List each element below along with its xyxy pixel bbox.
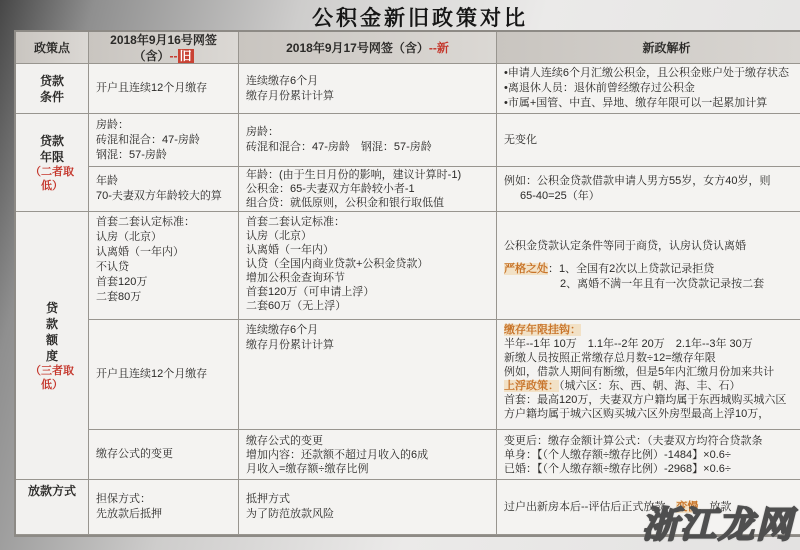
header-new-dash: -- <box>429 41 437 55</box>
header-old-date: 2018年9月16号网签 <box>110 32 217 48</box>
loan-condition-analysis: •申请人连续6个月汇缴公积金，且公积金账户处于缴存状态 •离退休人员：退休前曾经… <box>497 64 800 114</box>
formula-old: 缴存公式的变更 <box>89 430 239 480</box>
header-old-tag-line: （含）--旧 <box>133 48 193 64</box>
disbursement-old: 担保方式： 先放款后抵押 <box>89 480 239 535</box>
loan-amount-label-note: （三者取 低） <box>30 364 74 392</box>
person-age-analysis-line2: 65-40=25（年） <box>504 189 800 204</box>
house-age-new: 房龄： 砖混和混合：47-房龄 钢混：57-房龄 <box>239 114 497 167</box>
page-title: 公积金新旧政策对比 <box>0 2 800 32</box>
standard-analysis-after-orange: ：1、全国有2次以上贷款记录拒贷 <box>548 263 714 275</box>
disbursement-new: 抵押方式 为了防范放款风险 <box>239 480 497 535</box>
deposit-analysis: 缴存年限挂钩： 半年--1年 10万 1.1年--2年 20万 2.1年--3年… <box>497 320 800 430</box>
old-tag: 旧 <box>178 49 194 63</box>
deposit-old: 开户且连续12个月缴存 <box>89 320 239 430</box>
loan-term-label-text: 贷款 年限 <box>40 133 64 165</box>
deposit-analysis-text3: 首套：最高120万，夫妻双方户籍均属于东西城购买城六区 方户籍均属于城六区购买城… <box>504 393 800 421</box>
person-age-new: 年龄：(由于生日月份的影响，建议计算时-1) 公积金：65-夫妻双方年龄较小者-… <box>239 167 497 212</box>
standard-analysis-line1: 公积金贷款认定条件等同于商贷，认房认贷认离婚 <box>504 239 800 254</box>
deposit-year-link-label: 缴存年限挂钩： <box>504 324 581 336</box>
standard-analysis-line3: 2、离婚不满一年且有一次贷款记录按二套 <box>504 277 800 292</box>
loan-condition-new: 连续缴存6个月 缴存月份累计计算 <box>239 64 497 114</box>
header-policy-point: 政策点 <box>16 32 89 64</box>
row-label-loan-amount: 贷 款 额 度 （三者取 低） <box>16 212 89 480</box>
standard-new: 首套二套认定标准： 认房（北京） 认离婚（一年内） 认贷（全国内商业贷款+公积金… <box>239 212 497 320</box>
deposit-new: 连续缴存6个月 缴存月份累计计算 <box>239 320 497 430</box>
person-age-analysis: 例如：公积金贷款借款申请人男方55岁，女方40岁，则 65-40=25（年） <box>497 167 800 212</box>
house-age-analysis: 无变化 <box>497 114 800 167</box>
formula-new: 缴存公式的变更 增加内容：还款额不超过月收入的6成 月收入=缴存额÷缴存比例 <box>239 430 497 480</box>
uplift-policy-districts: （城六区：东、西、朝、海、丰、石） <box>559 380 741 392</box>
house-age-old: 房龄： 砖混和混合：47-房龄 钢混：57-房龄 <box>89 114 239 167</box>
header-old-paren: （含） <box>133 49 169 63</box>
standard-analysis-orange: 严格之处 <box>504 263 548 275</box>
formula-analysis: 变更后：缴存金额计算公式：（夫妻双方均符合贷款条 单身：【（个人缴存额÷缴存比例… <box>497 430 800 480</box>
slide-background: 公积金新旧政策对比 政策点 2018年9月16号网签 （含）--旧 2018年9… <box>0 0 800 550</box>
row-label-loan-term: 贷款 年限 （二者取 低） <box>16 114 89 212</box>
person-age-analysis-line1: 例如：公积金贷款借款申请人男方55岁，女方40岁，则 <box>504 174 800 189</box>
header-new-tag-line: 2018年9月17号网签（含）--新 <box>286 40 449 56</box>
deposit-analysis-orange1: 缴存年限挂钩： <box>504 323 800 337</box>
loan-amount-label-text: 贷 款 额 度 <box>46 300 58 364</box>
standard-analysis: 公积金贷款认定条件等同于商贷，认房认贷认离婚 严格之处：1、全国有2次以上贷款记… <box>497 212 800 320</box>
header-old-dash: -- <box>170 49 178 63</box>
header-analysis: 新政解析 <box>497 32 800 64</box>
uplift-policy-label: 上浮政策： <box>504 380 559 392</box>
row-label-disbursement: 放款方式 <box>16 480 89 535</box>
header-new-policy: 2018年9月17号网签（含）--新 <box>239 32 497 64</box>
person-age-old: 年龄 70-夫妻双方年龄较大的算 <box>89 167 239 212</box>
new-tag: 新 <box>437 41 449 55</box>
loan-term-label-note: （二者取 低） <box>30 165 74 193</box>
standard-old: 首套二套认定标准： 认房（北京） 认离婚（一年内） 不认贷 首套120万 二套8… <box>89 212 239 320</box>
loan-condition-old: 开户且连续12个月缴存 <box>89 64 239 114</box>
site-watermark: 浙江龙网 <box>642 497 794 548</box>
deposit-analysis-text1: 半年--1年 10万 1.1年--2年 20万 2.1年--3年 30万 新缴人… <box>504 337 800 379</box>
policy-comparison-table: 政策点 2018年9月16号网签 （含）--旧 2018年9月17号网签（含）-… <box>14 30 800 537</box>
standard-analysis-line2: 严格之处：1、全国有2次以上贷款记录拒贷 <box>504 262 800 277</box>
header-old-policy: 2018年9月16号网签 （含）--旧 <box>89 32 239 64</box>
row-label-loan-condition: 贷款 条件 <box>16 64 89 114</box>
header-new-date: 2018年9月17号网签（含） <box>286 41 429 55</box>
deposit-analysis-line-uplift: 上浮政策：（城六区：东、西、朝、海、丰、石） <box>504 379 800 393</box>
